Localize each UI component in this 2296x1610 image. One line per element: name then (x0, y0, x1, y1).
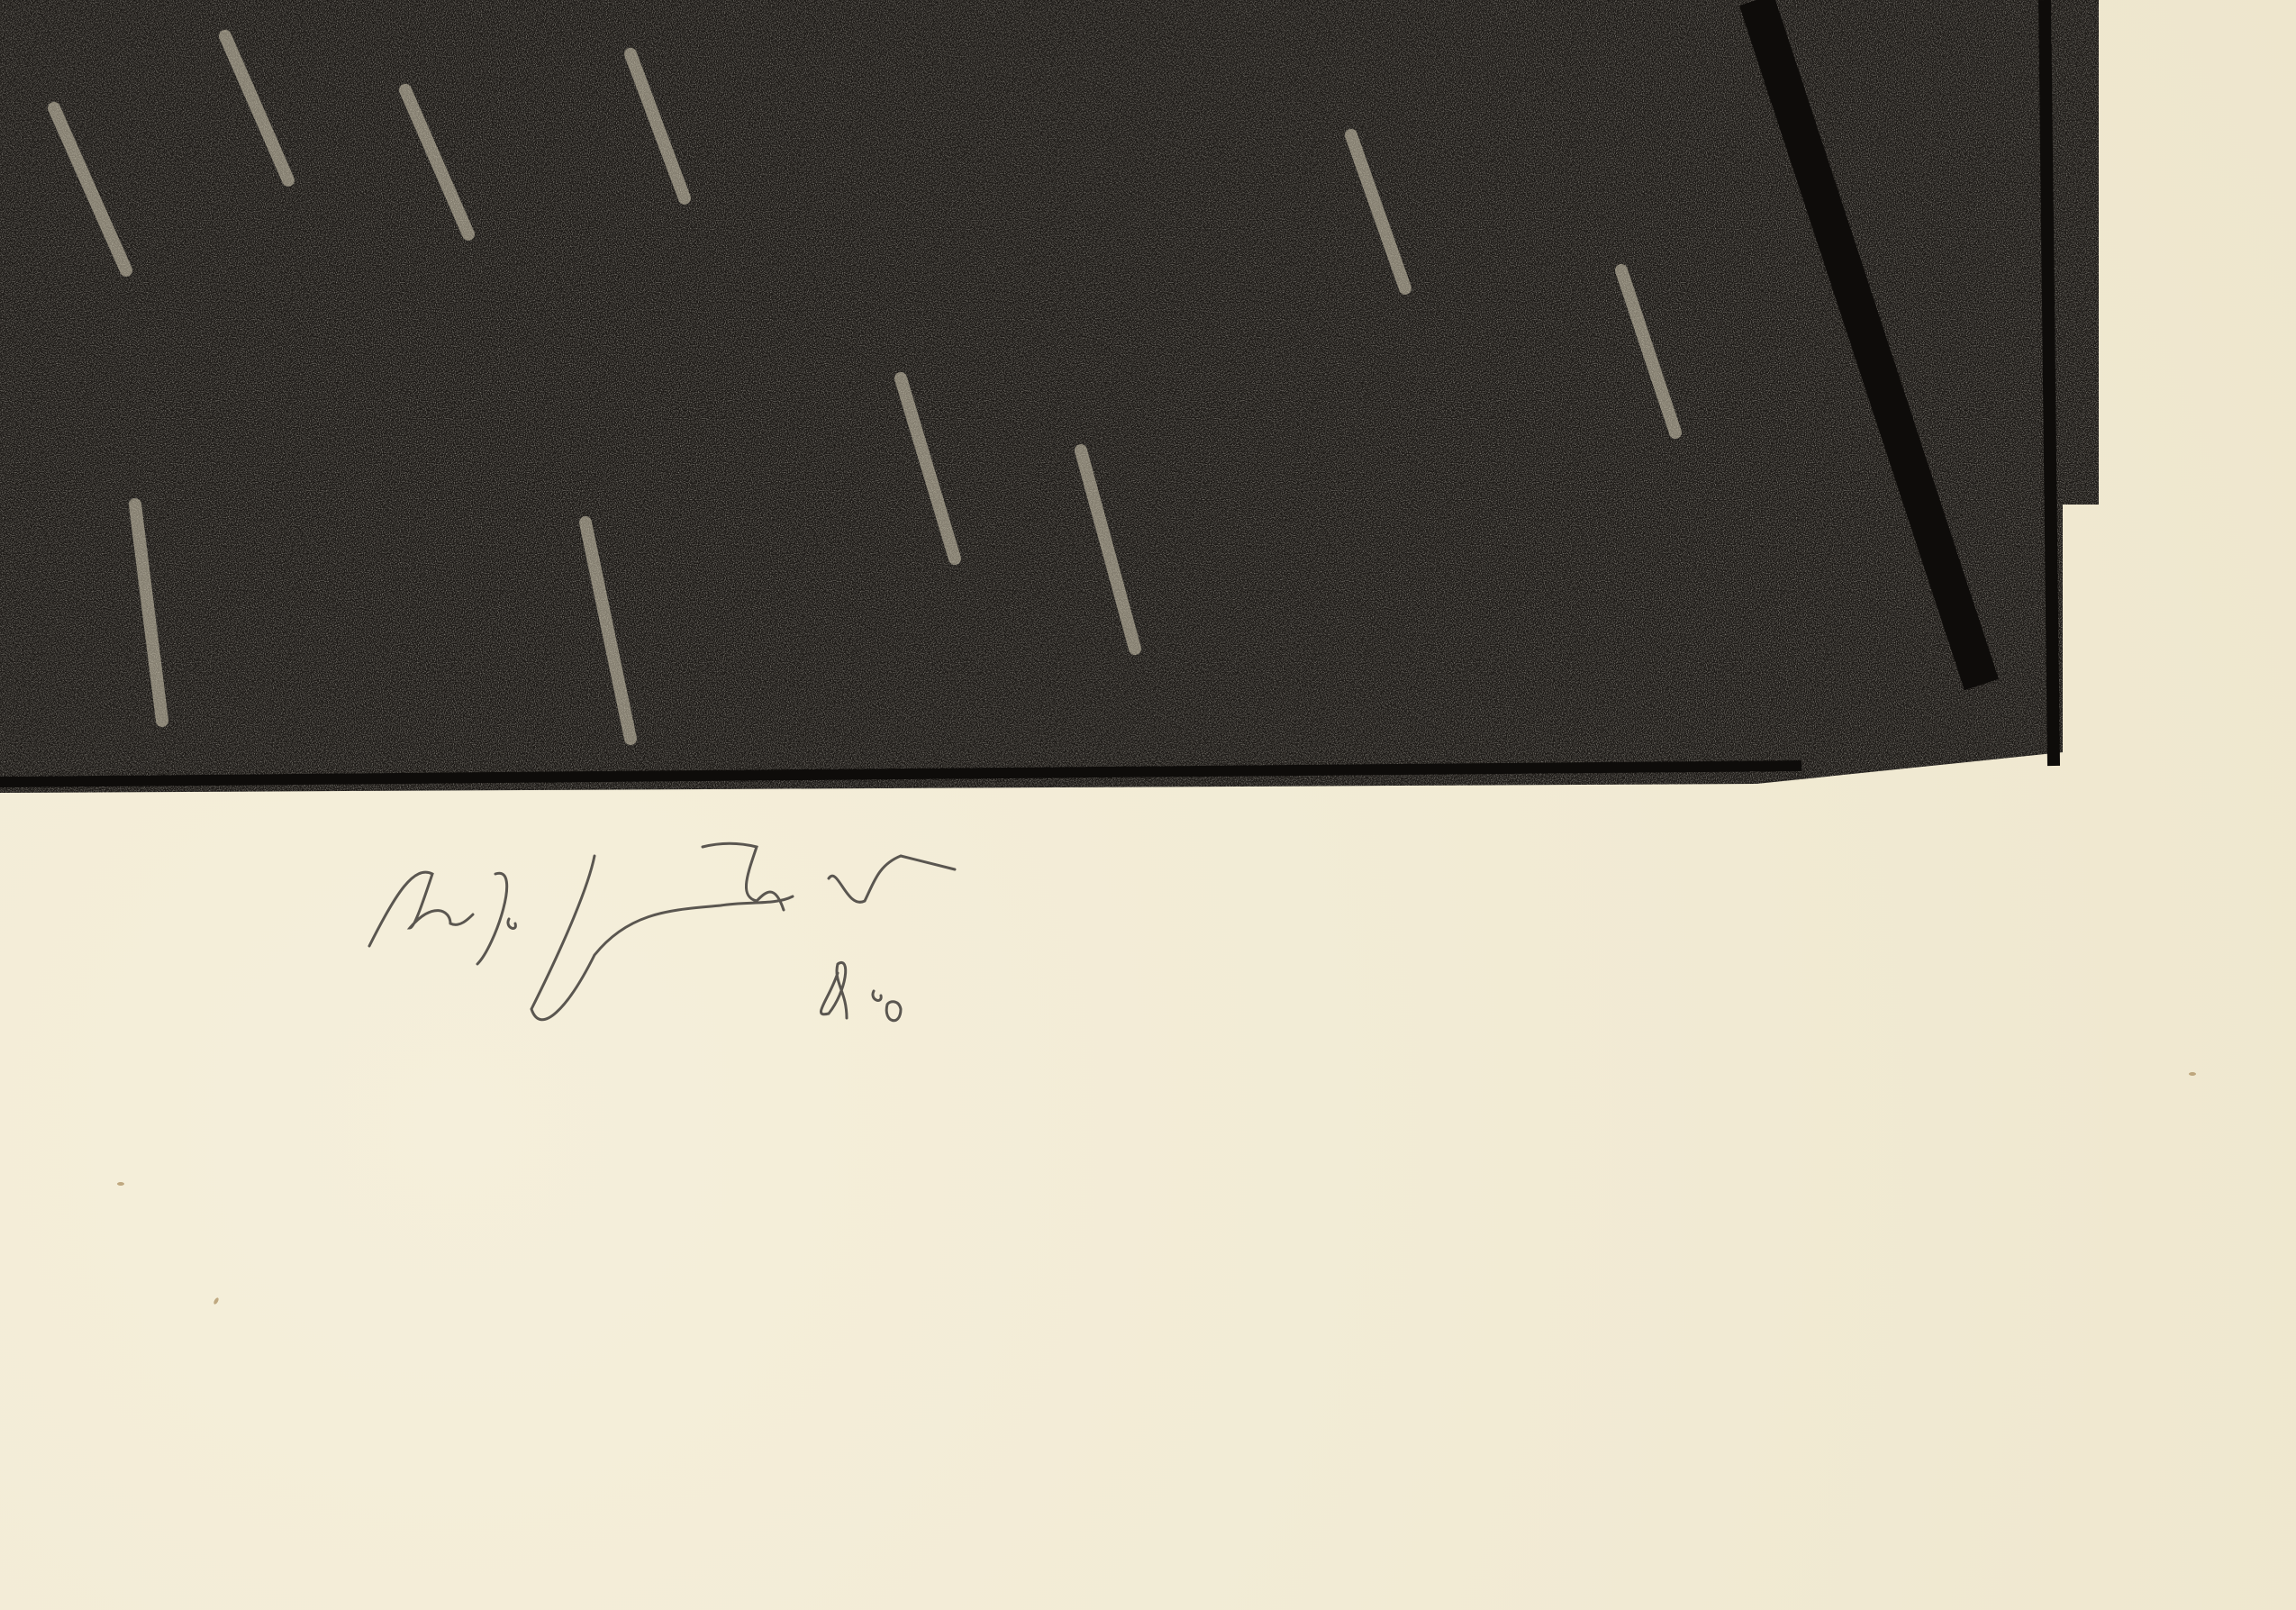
paper-speck (2189, 1072, 2196, 1076)
lithograph-print-area (0, 0, 2099, 793)
pencil-signature (360, 811, 1982, 1045)
paper-speck (117, 1182, 124, 1186)
